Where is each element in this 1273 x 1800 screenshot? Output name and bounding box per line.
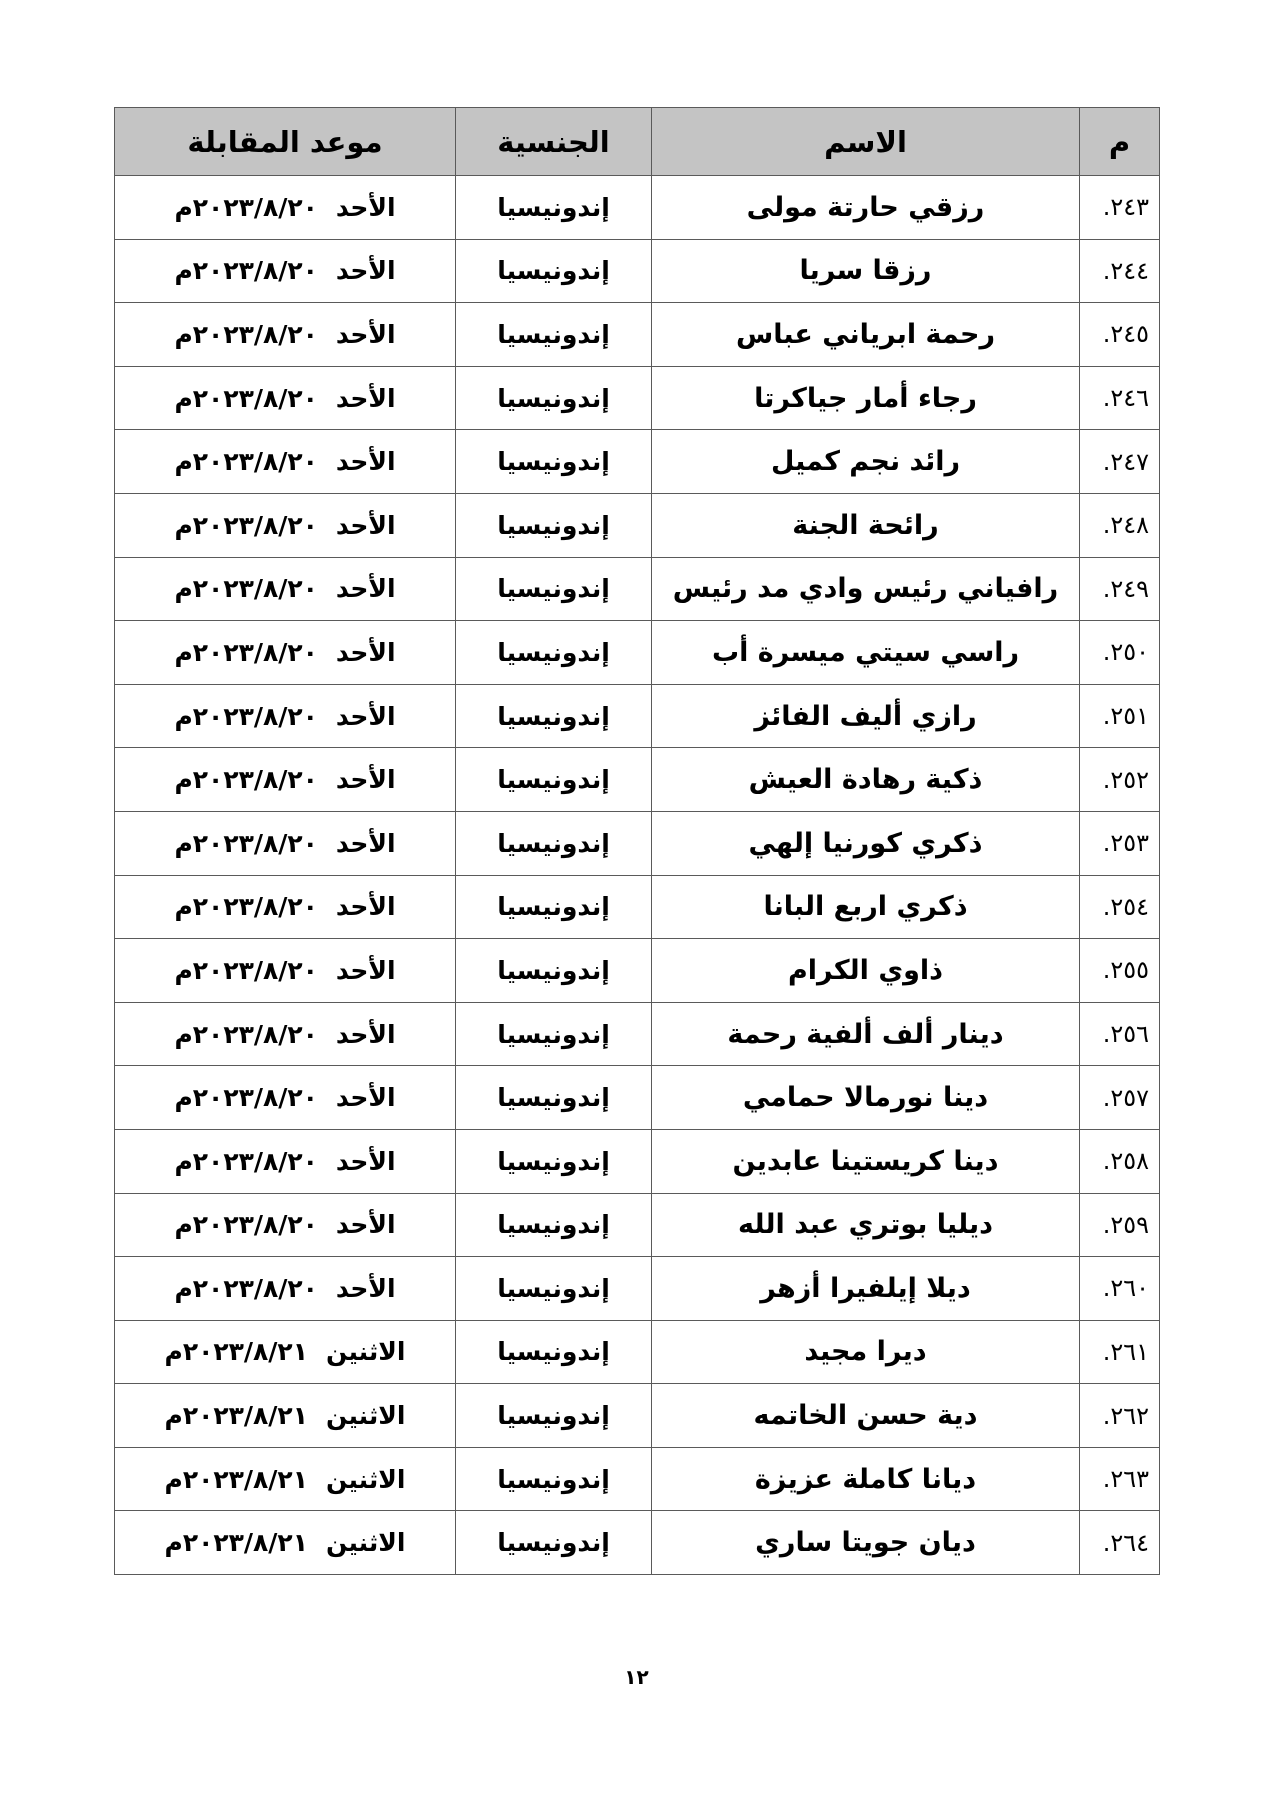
row-number: ٢٥٤.	[1080, 875, 1160, 939]
row-name: رائحة الجنة	[652, 493, 1080, 557]
row-nationality: إندونيسيا	[456, 1257, 652, 1321]
row-nationality: إندونيسيا	[456, 1511, 652, 1575]
interview-date-value: ٢٠٢٣/٨/٢٠م	[174, 829, 317, 858]
interview-day: الأحد	[336, 1274, 396, 1303]
row-interview-date: الأحد٢٠٢٣/٨/٢٠م	[115, 557, 456, 621]
row-nationality: إندونيسيا	[456, 1002, 652, 1066]
row-interview-date: الأحد٢٠٢٣/٨/٢٠م	[115, 621, 456, 685]
row-number: ٢٦٢.	[1080, 1384, 1160, 1448]
row-interview-date: الأحد٢٠٢٣/٨/٢٠م	[115, 493, 456, 557]
page-number: ١٢	[0, 1665, 1273, 1689]
row-number: ٢٥٢.	[1080, 748, 1160, 812]
interview-date-value: ٢٠٢٣/٨/٢٠م	[174, 638, 317, 667]
interview-date-value: ٢٠٢٣/٨/٢٠م	[174, 892, 317, 921]
header-number: م	[1080, 108, 1160, 176]
interview-day: الأحد	[336, 511, 396, 540]
row-name: ذكية رهادة العيش	[652, 748, 1080, 812]
table-row: ٢٤٥.رحمة ابرياني عباسإندونيسياالأحد٢٠٢٣/…	[115, 303, 1160, 367]
row-nationality: إندونيسيا	[456, 557, 652, 621]
interview-date-value: ٢٠٢٣/٨/٢١م	[165, 1528, 308, 1557]
row-name: ديليا بوتري عبد الله	[652, 1193, 1080, 1257]
table-row: ٢٦٣.ديانا كاملة عزيزةإندونيسياالاثنين٢٠٢…	[115, 1447, 1160, 1511]
interview-day: الأحد	[336, 1147, 396, 1176]
row-name: ديانا كاملة عزيزة	[652, 1447, 1080, 1511]
interview-date-value: ٢٠٢٣/٨/٢٠م	[174, 1083, 317, 1112]
table-row: ٢٤٤.رزقا سرياإندونيسياالأحد٢٠٢٣/٨/٢٠م	[115, 239, 1160, 303]
table-row: ٢٤٦.رجاء أمار جياكرتاإندونيسياالأحد٢٠٢٣/…	[115, 366, 1160, 430]
row-number: ٢٦٠.	[1080, 1257, 1160, 1321]
row-name: رزقا سريا	[652, 239, 1080, 303]
row-nationality: إندونيسيا	[456, 1129, 652, 1193]
table-row: ٢٥٠.راسي سيتي ميسرة أبإندونيسياالأحد٢٠٢٣…	[115, 621, 1160, 685]
row-name: ذكري كورنيا إلهي	[652, 811, 1080, 875]
interview-day: الأحد	[336, 447, 396, 476]
row-nationality: إندونيسيا	[456, 684, 652, 748]
interview-date-value: ٢٠٢٣/٨/٢٠م	[174, 956, 317, 985]
row-interview-date: الأحد٢٠٢٣/٨/٢٠م	[115, 1002, 456, 1066]
row-interview-date: الأحد٢٠٢٣/٨/٢٠م	[115, 1257, 456, 1321]
row-interview-date: الاثنين٢٠٢٣/٨/٢١م	[115, 1384, 456, 1448]
row-nationality: إندونيسيا	[456, 493, 652, 557]
row-name: دينا كريستينا عابدين	[652, 1129, 1080, 1193]
interview-day: الأحد	[336, 256, 396, 285]
row-number: ٢٦٣.	[1080, 1447, 1160, 1511]
row-number: ٢٤٣.	[1080, 176, 1160, 240]
row-number: ٢٤٧.	[1080, 430, 1160, 494]
row-name: دينا نورمالا حمامي	[652, 1066, 1080, 1130]
row-interview-date: الأحد٢٠٢٣/٨/٢٠م	[115, 1129, 456, 1193]
header-name: الاسم	[652, 108, 1080, 176]
interview-day: الاثنين	[326, 1465, 405, 1494]
table-row: ٢٥٢.ذكية رهادة العيشإندونيسياالأحد٢٠٢٣/٨…	[115, 748, 1160, 812]
interview-day: الاثنين	[326, 1337, 405, 1366]
row-interview-date: الاثنين٢٠٢٣/٨/٢١م	[115, 1447, 456, 1511]
row-interview-date: الاثنين٢٠٢٣/٨/٢١م	[115, 1320, 456, 1384]
interview-day: الأحد	[336, 956, 396, 985]
header-nationality: الجنسية	[456, 108, 652, 176]
interview-date-value: ٢٠٢٣/٨/٢١م	[165, 1337, 308, 1366]
interview-date-value: ٢٠٢٣/٨/٢١م	[165, 1465, 308, 1494]
table-row: ٢٥٨.دينا كريستينا عابدينإندونيسياالأحد٢٠…	[115, 1129, 1160, 1193]
interview-day: الأحد	[336, 384, 396, 413]
row-nationality: إندونيسيا	[456, 811, 652, 875]
row-name: ذكري اربع البانا	[652, 875, 1080, 939]
row-number: ٢٦١.	[1080, 1320, 1160, 1384]
table-row: ٢٦١.ديرا مجيدإندونيسياالاثنين٢٠٢٣/٨/٢١م	[115, 1320, 1160, 1384]
row-nationality: إندونيسيا	[456, 1066, 652, 1130]
interview-date-value: ٢٠٢٣/٨/٢١م	[165, 1401, 308, 1430]
row-nationality: إندونيسيا	[456, 1384, 652, 1448]
row-number: ٢٥٧.	[1080, 1066, 1160, 1130]
table-body: ٢٤٣.رزقي حارتة مولىإندونيسياالأحد٢٠٢٣/٨/…	[115, 176, 1160, 1575]
interview-day: الأحد	[336, 829, 396, 858]
row-interview-date: الأحد٢٠٢٣/٨/٢٠م	[115, 176, 456, 240]
row-nationality: إندونيسيا	[456, 1193, 652, 1257]
table-row: ٢٥٦.دينار ألف ألفية رحمةإندونيسياالأحد٢٠…	[115, 1002, 1160, 1066]
row-number: ٢٥٨.	[1080, 1129, 1160, 1193]
interview-schedule-table: م الاسم الجنسية موعد المقابلة ٢٤٣.رزقي ح…	[114, 107, 1160, 1575]
interview-date-value: ٢٠٢٣/٨/٢٠م	[174, 193, 317, 222]
row-number: ٢٥٦.	[1080, 1002, 1160, 1066]
interview-date-value: ٢٠٢٣/٨/٢٠م	[174, 447, 317, 476]
interview-date-value: ٢٠٢٣/٨/٢٠م	[174, 320, 317, 349]
table-header-row: م الاسم الجنسية موعد المقابلة	[115, 108, 1160, 176]
interview-day: الأحد	[336, 1083, 396, 1112]
row-interview-date: الأحد٢٠٢٣/٨/٢٠م	[115, 430, 456, 494]
interview-day: الأحد	[336, 702, 396, 731]
row-name: راسي سيتي ميسرة أب	[652, 621, 1080, 685]
row-name: رائد نجم كميل	[652, 430, 1080, 494]
table-row: ٢٥١.رازي أليف الفائزإندونيسياالأحد٢٠٢٣/٨…	[115, 684, 1160, 748]
row-interview-date: الأحد٢٠٢٣/٨/٢٠م	[115, 1193, 456, 1257]
row-nationality: إندونيسيا	[456, 939, 652, 1003]
row-nationality: إندونيسيا	[456, 303, 652, 367]
table-row: ٢٤٧.رائد نجم كميلإندونيسياالأحد٢٠٢٣/٨/٢٠…	[115, 430, 1160, 494]
interview-date-value: ٢٠٢٣/٨/٢٠م	[174, 511, 317, 540]
row-name: دية حسن الخاتمه	[652, 1384, 1080, 1448]
row-interview-date: الأحد٢٠٢٣/٨/٢٠م	[115, 1066, 456, 1130]
row-name: ذاوي الكرام	[652, 939, 1080, 1003]
interview-date-value: ٢٠٢٣/٨/٢٠م	[174, 765, 317, 794]
row-number: ٢٥٩.	[1080, 1193, 1160, 1257]
row-nationality: إندونيسيا	[456, 430, 652, 494]
row-name: ديلا إيلفيرا أزهر	[652, 1257, 1080, 1321]
row-number: ٢٤٨.	[1080, 493, 1160, 557]
row-nationality: إندونيسيا	[456, 875, 652, 939]
row-name: رازي أليف الفائز	[652, 684, 1080, 748]
row-interview-date: الأحد٢٠٢٣/٨/٢٠م	[115, 303, 456, 367]
interview-day: الأحد	[336, 193, 396, 222]
interview-day: الاثنين	[326, 1528, 405, 1557]
row-nationality: إندونيسيا	[456, 366, 652, 430]
table-row: ٢٤٨.رائحة الجنةإندونيسياالأحد٢٠٢٣/٨/٢٠م	[115, 493, 1160, 557]
interview-day: الأحد	[336, 574, 396, 603]
table-row: ٢٥٩.ديليا بوتري عبد اللهإندونيسياالأحد٢٠…	[115, 1193, 1160, 1257]
row-name: ديرا مجيد	[652, 1320, 1080, 1384]
table-row: ٢٤٩.رافياني رئيس وادي مد رئيسإندونيسياال…	[115, 557, 1160, 621]
table-row: ٢٦٠.ديلا إيلفيرا أزهرإندونيسياالأحد٢٠٢٣/…	[115, 1257, 1160, 1321]
table-row: ٢٥٤.ذكري اربع الباناإندونيسياالأحد٢٠٢٣/٨…	[115, 875, 1160, 939]
interview-day: الأحد	[336, 320, 396, 349]
row-interview-date: الأحد٢٠٢٣/٨/٢٠م	[115, 239, 456, 303]
row-nationality: إندونيسيا	[456, 748, 652, 812]
row-nationality: إندونيسيا	[456, 176, 652, 240]
row-number: ٢٥١.	[1080, 684, 1160, 748]
row-name: رجاء أمار جياكرتا	[652, 366, 1080, 430]
row-number: ٢٤٤.	[1080, 239, 1160, 303]
row-number: ٢٥٣.	[1080, 811, 1160, 875]
interview-date-value: ٢٠٢٣/٨/٢٠م	[174, 1020, 317, 1049]
row-interview-date: الأحد٢٠٢٣/٨/٢٠م	[115, 748, 456, 812]
table-row: ٢٥٧.دينا نورمالا حماميإندونيسياالأحد٢٠٢٣…	[115, 1066, 1160, 1130]
row-nationality: إندونيسيا	[456, 239, 652, 303]
header-interview-date: موعد المقابلة	[115, 108, 456, 176]
interview-day: الأحد	[336, 638, 396, 667]
row-nationality: إندونيسيا	[456, 621, 652, 685]
interview-date-value: ٢٠٢٣/٨/٢٠م	[174, 702, 317, 731]
interview-day: الاثنين	[326, 1401, 405, 1430]
table-row: ٢٦٢.دية حسن الخاتمهإندونيسياالاثنين٢٠٢٣/…	[115, 1384, 1160, 1448]
interview-date-value: ٢٠٢٣/٨/٢٠م	[174, 1274, 317, 1303]
interview-date-value: ٢٠٢٣/٨/٢٠م	[174, 1147, 317, 1176]
row-number: ٢٥٠.	[1080, 621, 1160, 685]
row-nationality: إندونيسيا	[456, 1320, 652, 1384]
row-nationality: إندونيسيا	[456, 1447, 652, 1511]
table-row: ٢٤٣.رزقي حارتة مولىإندونيسياالأحد٢٠٢٣/٨/…	[115, 176, 1160, 240]
table-row: ٢٥٥.ذاوي الكرامإندونيسياالأحد٢٠٢٣/٨/٢٠م	[115, 939, 1160, 1003]
interview-date-value: ٢٠٢٣/٨/٢٠م	[174, 384, 317, 413]
row-interview-date: الأحد٢٠٢٣/٨/٢٠م	[115, 811, 456, 875]
row-name: رافياني رئيس وادي مد رئيس	[652, 557, 1080, 621]
row-number: ٢٤٥.	[1080, 303, 1160, 367]
row-name: رزقي حارتة مولى	[652, 176, 1080, 240]
row-interview-date: الأحد٢٠٢٣/٨/٢٠م	[115, 875, 456, 939]
interview-schedule-table-wrapper: م الاسم الجنسية موعد المقابلة ٢٤٣.رزقي ح…	[114, 107, 1159, 1575]
row-interview-date: الأحد٢٠٢٣/٨/٢٠م	[115, 684, 456, 748]
interview-date-value: ٢٠٢٣/٨/٢٠م	[174, 256, 317, 285]
row-interview-date: الاثنين٢٠٢٣/٨/٢١م	[115, 1511, 456, 1575]
row-name: ديان جويتا ساري	[652, 1511, 1080, 1575]
row-number: ٢٥٥.	[1080, 939, 1160, 1003]
interview-day: الأحد	[336, 1020, 396, 1049]
row-interview-date: الأحد٢٠٢٣/٨/٢٠م	[115, 366, 456, 430]
row-number: ٢٦٤.	[1080, 1511, 1160, 1575]
interview-day: الأحد	[336, 765, 396, 794]
row-number: ٢٤٦.	[1080, 366, 1160, 430]
table-row: ٢٦٤.ديان جويتا ساريإندونيسياالاثنين٢٠٢٣/…	[115, 1511, 1160, 1575]
row-interview-date: الأحد٢٠٢٣/٨/٢٠م	[115, 939, 456, 1003]
table-row: ٢٥٣.ذكري كورنيا إلهيإندونيسياالأحد٢٠٢٣/٨…	[115, 811, 1160, 875]
interview-date-value: ٢٠٢٣/٨/٢٠م	[174, 1210, 317, 1239]
row-number: ٢٤٩.	[1080, 557, 1160, 621]
row-name: دينار ألف ألفية رحمة	[652, 1002, 1080, 1066]
interview-day: الأحد	[336, 892, 396, 921]
row-name: رحمة ابرياني عباس	[652, 303, 1080, 367]
interview-day: الأحد	[336, 1210, 396, 1239]
interview-date-value: ٢٠٢٣/٨/٢٠م	[174, 574, 317, 603]
